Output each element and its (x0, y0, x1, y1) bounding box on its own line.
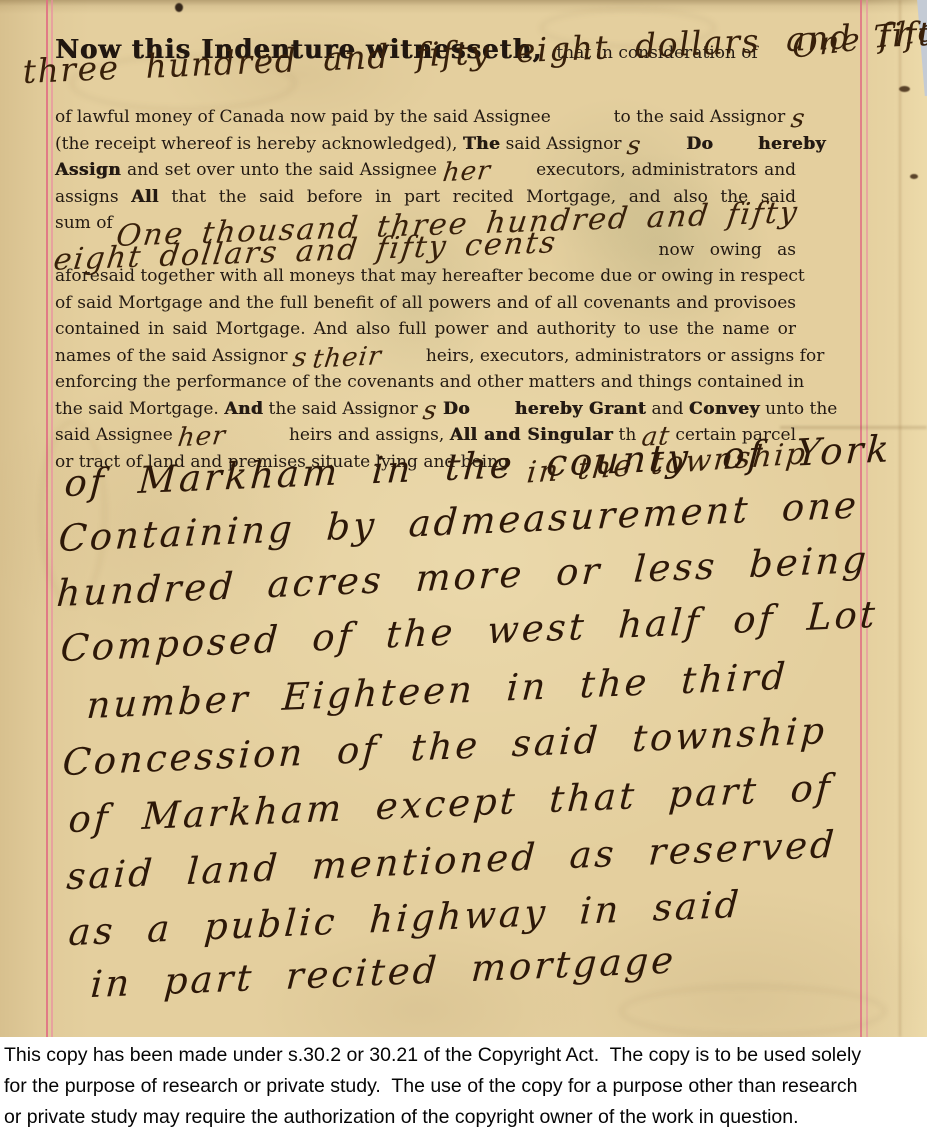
handwritten-amount-line2: three hundred and fifty eight dollars an… (22, 14, 927, 91)
printed-line: Assign and set over unto the said Assign… (55, 157, 796, 184)
blackletter-word: And (224, 399, 263, 419)
copyright-notice: This copy has been made under s.30.2 or … (0, 1037, 927, 1136)
blackletter-word: Assign (55, 160, 121, 180)
printed-text: contained in said Mortgage. And also ful… (55, 319, 796, 339)
printed-text: now owing as (659, 240, 796, 260)
handwritten-insert: s (293, 357, 307, 358)
blackletter-word: All (131, 187, 159, 207)
printed-text: heirs, executors, administrators or assi… (426, 346, 825, 366)
printed-line: of said Mortgage and the full benefit of… (55, 290, 796, 317)
printed-line: contained in said Mortgage. And also ful… (55, 316, 796, 343)
printed-line: of lawful money of Canada now paid by th… (55, 104, 796, 131)
handwritten-insert: their (312, 356, 381, 360)
printed-text: sum of (55, 213, 113, 233)
copyright-line-2: for the purpose of research or private s… (4, 1071, 927, 1102)
left-margin-line-inner (51, 0, 53, 1037)
handwritten-insert: s (627, 145, 641, 146)
printed-line: names of the said Assignor s their heirs… (55, 343, 796, 370)
paper-nick (899, 86, 910, 92)
printed-text: heirs and assigns, (289, 425, 444, 445)
printed-text: said Assignee (55, 425, 173, 445)
scanned-indenture-page: Now this Indenture witnesseth, that in c… (0, 0, 927, 1136)
handwritten-insert: s (423, 410, 437, 411)
ink-speck (175, 3, 183, 12)
blackletter-word: Do (686, 134, 713, 154)
blackletter-word: Do (443, 399, 470, 419)
printed-line: (the receipt whereof is hereby acknowled… (55, 131, 796, 158)
printed-text: unto the (765, 399, 837, 419)
left-margin-line (46, 0, 48, 1037)
handwritten-insert: s (791, 119, 805, 120)
blackletter-word: Convey (689, 399, 760, 419)
printed-text: executors, administrators and (536, 160, 796, 180)
printed-text: enforcing the performance of the covenan… (55, 372, 804, 392)
bleed-through-mark (620, 985, 886, 1037)
handwritten-amount: eight dollars and fifty cents (54, 243, 557, 260)
vertical-fold-crease (899, 0, 901, 1037)
printed-text: names of the said Assignor (55, 346, 288, 366)
copyright-line-3: or private study may require the authori… (4, 1102, 927, 1133)
printed-text: assigns (55, 187, 119, 207)
handwritten-insert: her (443, 171, 491, 173)
printed-line: enforcing the performance of the covenan… (55, 369, 796, 396)
printed-text: said Assignor (506, 134, 622, 154)
handwritten-insert: her (178, 436, 226, 438)
printed-text: to the said Assignor (614, 107, 786, 127)
printed-text: (the receipt whereof is hereby acknowled… (55, 134, 457, 154)
printed-text: of lawful money of Canada now paid by th… (55, 107, 551, 127)
right-margin-line (860, 0, 862, 1037)
printed-text: of said Mortgage and the full benefit of… (55, 293, 796, 313)
blackletter-word: hereby Grant (515, 399, 646, 419)
printed-text: the said Mortgage. (55, 399, 219, 419)
printed-line: eight dollars and fifty cents now owing … (55, 237, 796, 264)
printed-text: and (652, 399, 684, 419)
blackletter-word: hereby (758, 134, 826, 154)
printed-body: of lawful money of Canada now paid by th… (55, 104, 796, 475)
blackletter-word: The (463, 134, 500, 154)
printed-line: the said Mortgage. And the said Assignor… (55, 396, 796, 423)
paper-nick (910, 174, 918, 179)
right-margin-line-inner (866, 0, 868, 1037)
printed-text: the said Assignor (269, 399, 418, 419)
copyright-line-1: This copy has been made under s.30.2 or … (4, 1040, 927, 1071)
printed-text: and set over unto the said Assignee (127, 160, 437, 180)
